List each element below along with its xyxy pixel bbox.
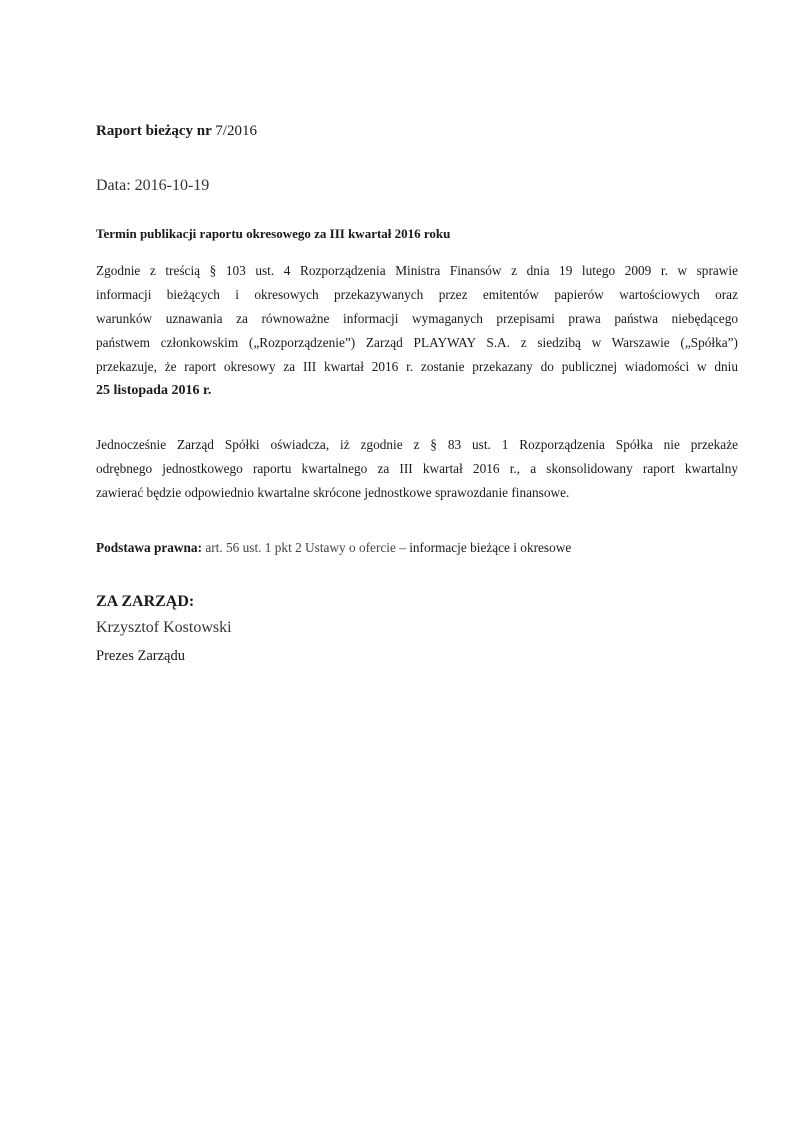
paragraph-publication-notice: Zgodnie z treścią § 103 ust. 4 Rozporząd… [96, 259, 738, 403]
paragraph-line: warunków uznawania za równoważne informa… [96, 307, 738, 331]
report-subject: Termin publikacji raportu okresowego za … [96, 226, 450, 242]
report-date: Data: 2016-10-19 [96, 177, 209, 195]
document-page: Raport bieżący nr 7/2016 Data: 2016-10-1… [0, 0, 800, 1131]
paragraph-line: odrębnego jednostkowego raportu kwartaln… [96, 457, 738, 481]
paragraph-line: Jednocześnie Zarząd Spółki oświadcza, iż… [96, 433, 738, 457]
report-number: 7/2016 [215, 123, 257, 139]
report-title: Raport bieżący nr 7/2016 [96, 123, 257, 140]
paragraph-line: przekazuje, że raport okresowy za III kw… [96, 355, 738, 379]
report-title-prefix: Raport bieżący nr [96, 123, 215, 139]
legal-basis-reference: art. 56 ust. 1 pkt 2 Ustawy o ofercie – [202, 540, 409, 555]
signer-role: Prezes Zarządu [96, 648, 185, 665]
paragraph-line: Zgodnie z treścią § 103 ust. 4 Rozporząd… [96, 259, 738, 283]
publication-date: 25 listopada 2016 r. [96, 379, 738, 403]
legal-basis-label: Podstawa prawna: [96, 540, 202, 555]
legal-basis: Podstawa prawna: art. 56 ust. 1 pkt 2 Us… [96, 540, 571, 556]
paragraph-line: zawierać będzie odpowiednio kwartalne sk… [96, 481, 738, 505]
signer-name: Krzysztof Kostowski [96, 619, 232, 637]
signoff-heading: ZA ZARZĄD: [96, 593, 194, 611]
paragraph-line: informacji bieżących i okresowych przeka… [96, 283, 738, 307]
legal-basis-description: informacje bieżące i okresowe [409, 540, 571, 555]
paragraph-board-statement: Jednocześnie Zarząd Spółki oświadcza, iż… [96, 433, 738, 505]
paragraph-line: państwem członkowskim („Rozporządzenie”)… [96, 331, 738, 355]
